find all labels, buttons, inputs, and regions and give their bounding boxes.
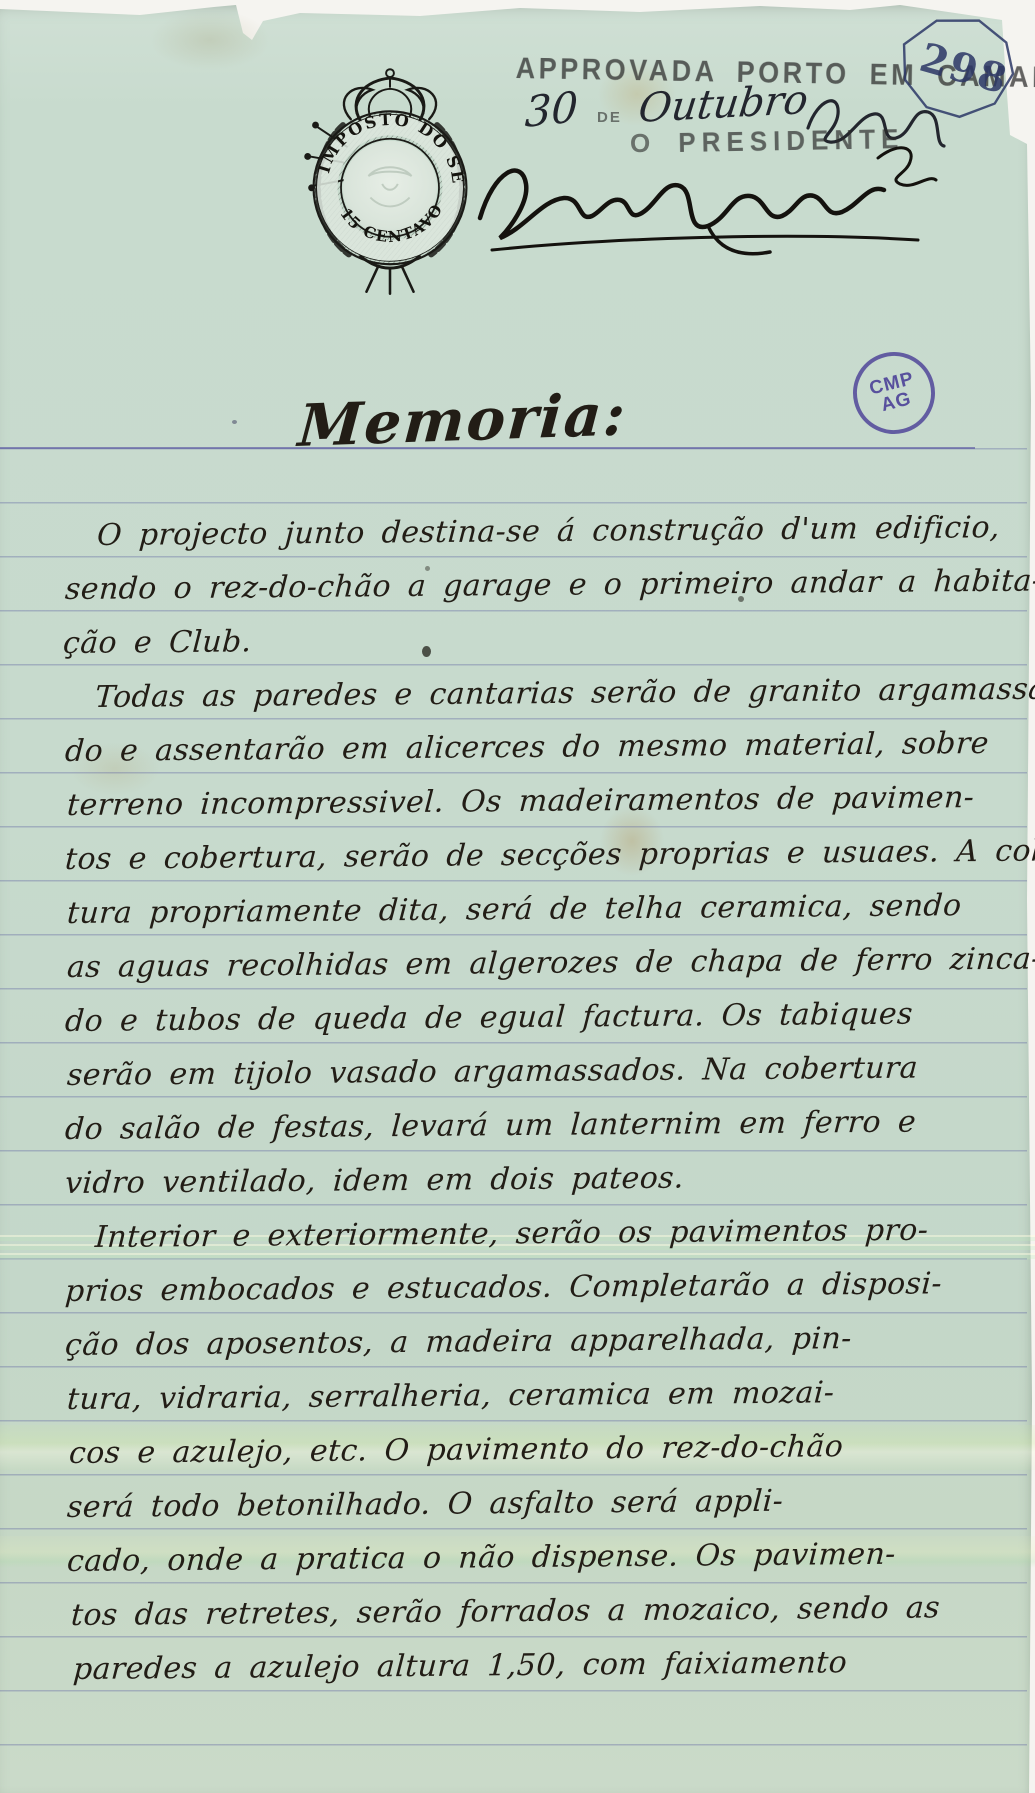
- manuscript-line: paredes a azulejo altura 1,50, com faixi…: [72, 1645, 848, 1687]
- manuscript-line: ção dos aposentos, a madeira apparelhada…: [64, 1321, 853, 1363]
- manuscript-line: cos e azulejo, etc. O pavimento do rez-d…: [68, 1429, 844, 1471]
- registry-number-stamp: 298: [892, 14, 1022, 126]
- ink-speck: [232, 420, 237, 424]
- ink-speck: [422, 646, 431, 657]
- manuscript-line: tura, vidraria, serralheria, ceramica em…: [66, 1375, 835, 1417]
- page-title: Memoria:: [296, 380, 629, 460]
- stamped-de: DE: [597, 109, 622, 126]
- archive-stamp-line2: AG: [879, 389, 913, 415]
- manuscript-line: ção e Club.: [62, 624, 253, 661]
- handwritten-day: 30: [524, 82, 579, 137]
- revenue-stamp-emblem: IMPOSTO DO SELO 15 CENTAVOS: [292, 60, 488, 296]
- manuscript-line: cado, onde a pratica o não dispense. Os …: [66, 1537, 897, 1579]
- signature: [470, 140, 940, 265]
- ink-speck: [425, 566, 430, 571]
- scanned-manuscript-page: IMPOSTO DO SELO 15 CENTAVOS APPROVADA PO…: [0, 0, 1035, 1793]
- manuscript-line: será todo betonilhado. O asfalto será ap…: [66, 1484, 784, 1525]
- registry-number: 298: [915, 34, 1014, 104]
- manuscript-line: Interior e exteriormente, serão os pavim…: [94, 1213, 929, 1255]
- manuscript-line: do e tubos de queda de egual factura. Os…: [64, 997, 914, 1039]
- manuscript-line: serão em tijolo vasado argamassados. Na …: [66, 1051, 919, 1093]
- manuscript-line: vidro ventilado, idem em dois pateos.: [64, 1161, 685, 1201]
- manuscript-line: do salão de festas, levará um lanternim …: [64, 1105, 917, 1147]
- ink-speck: [738, 596, 744, 602]
